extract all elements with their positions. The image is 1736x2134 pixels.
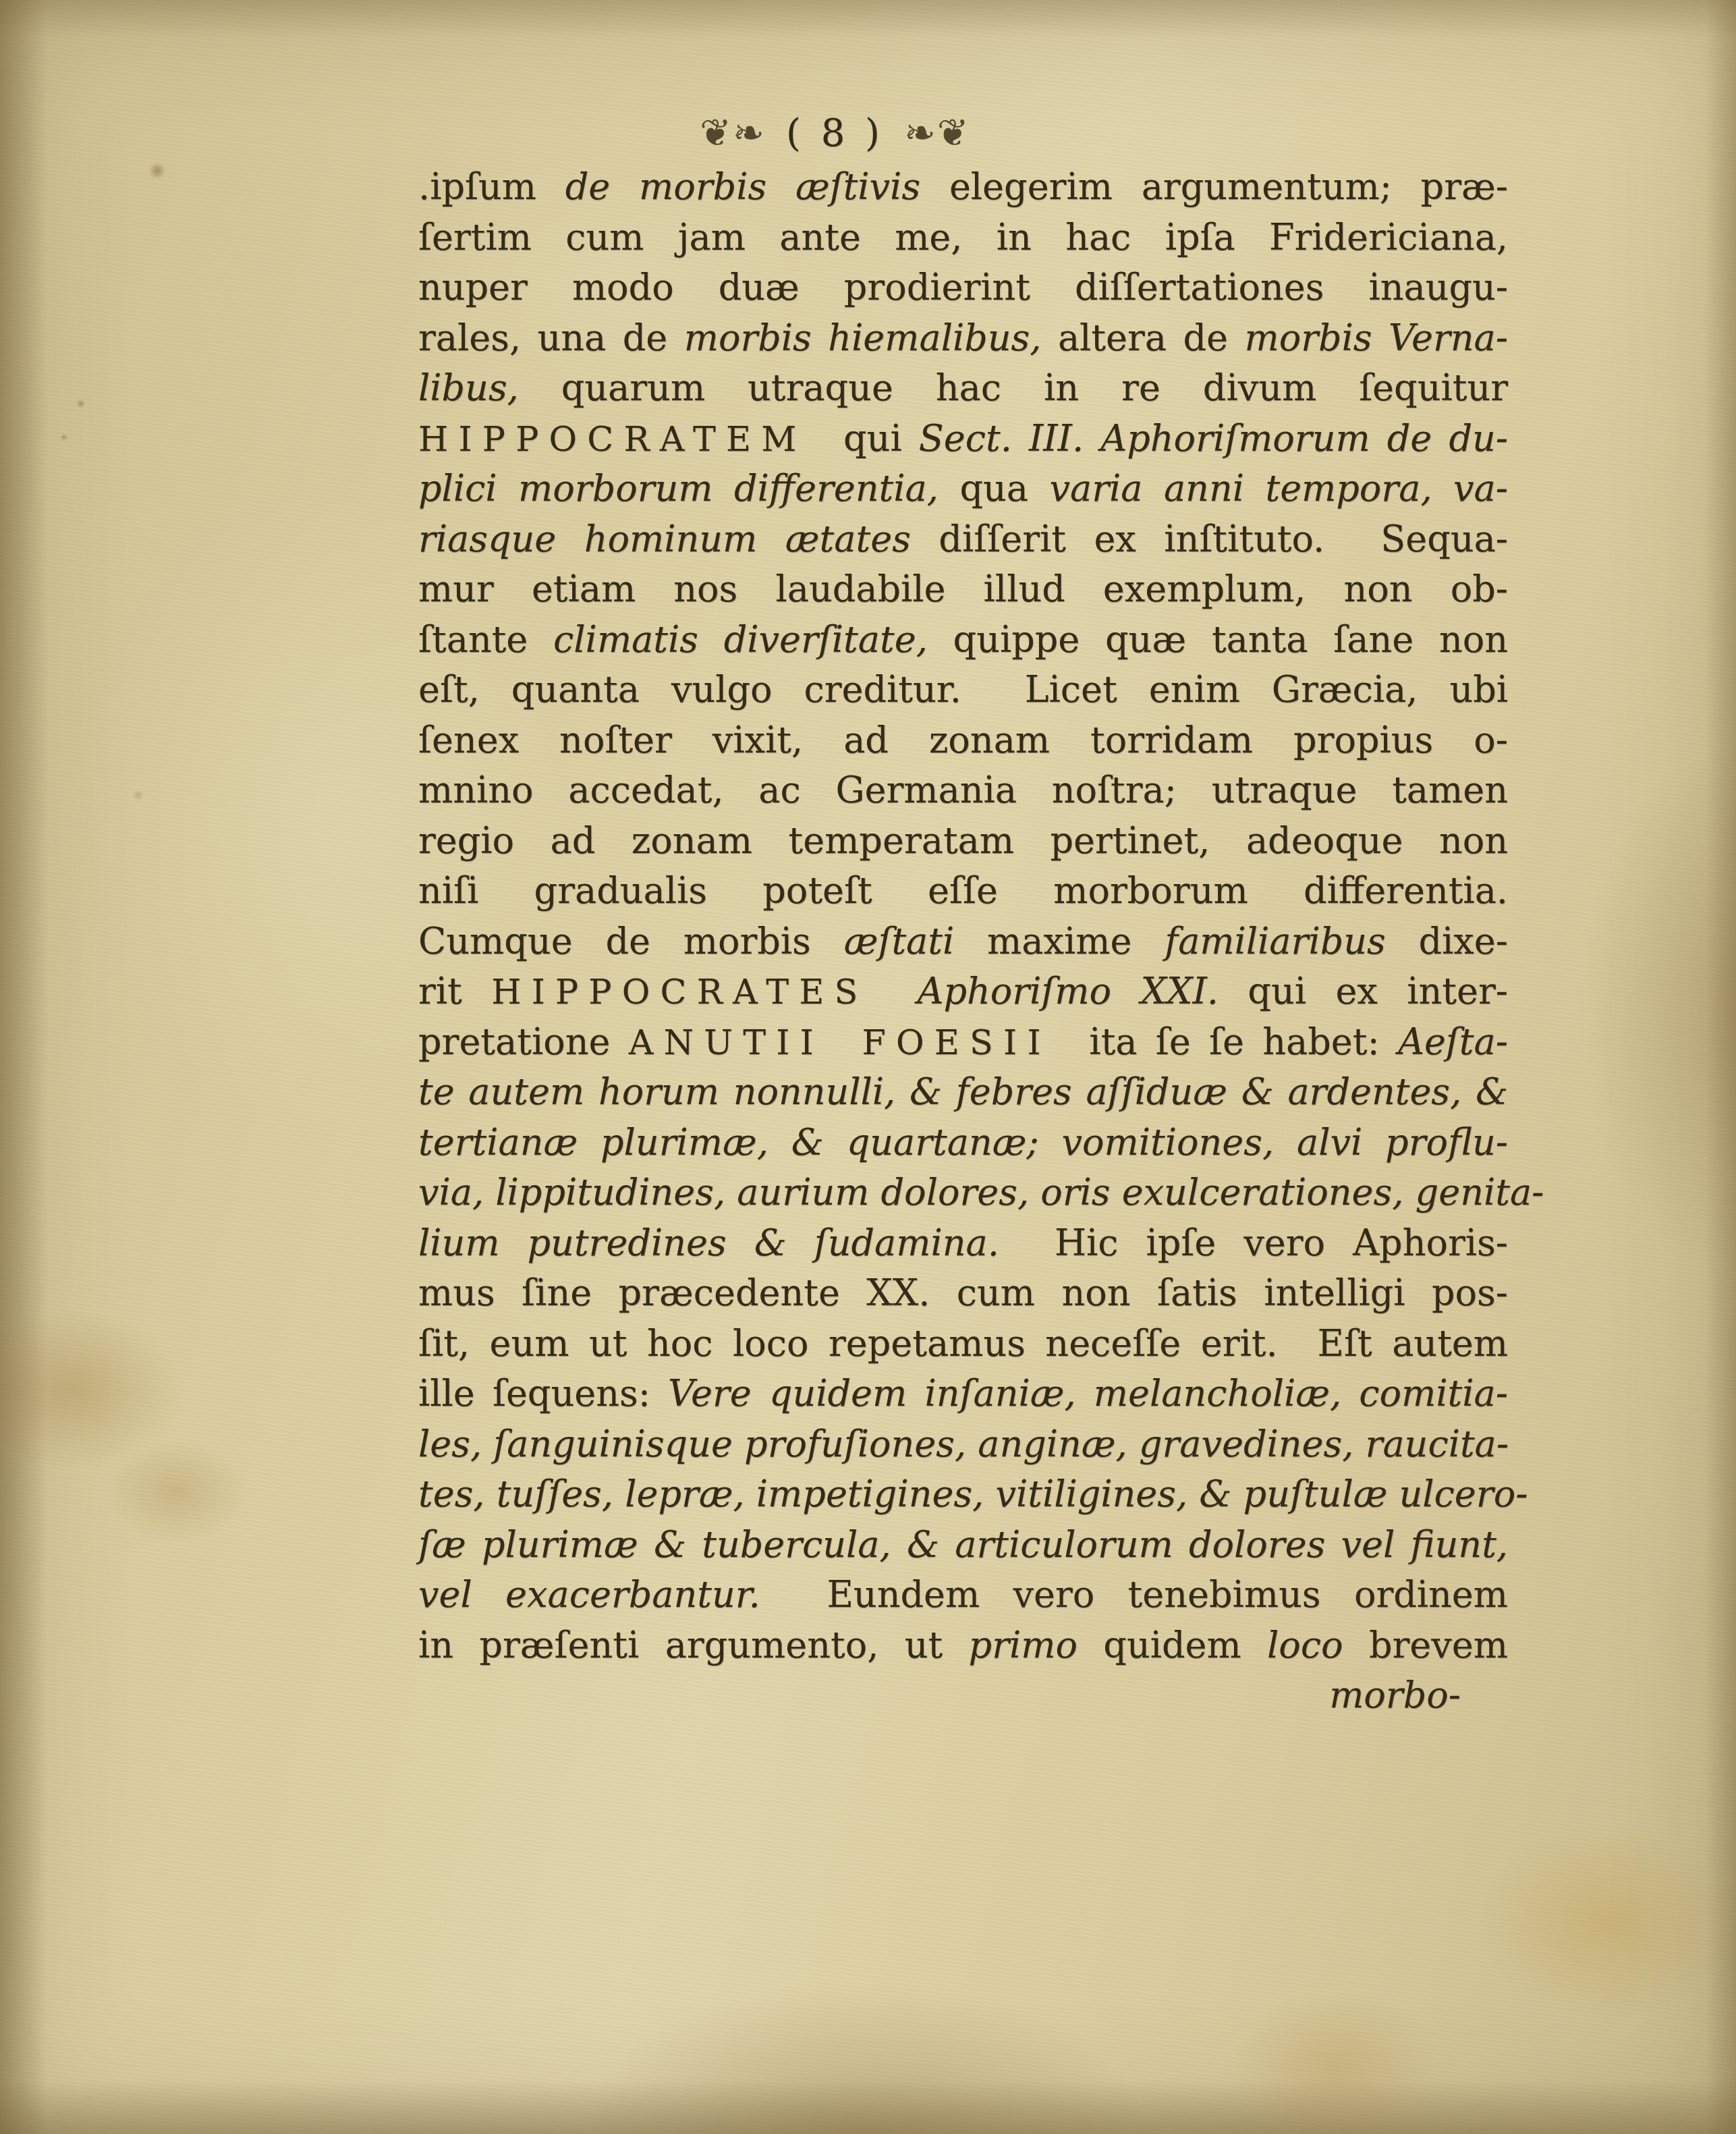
text-segment: libus, — [418, 366, 561, 409]
text-segment: tes, tuſſes, lepræ, impetigines, vitilig… — [418, 1473, 1528, 1515]
text-segment: tertianæ plurimæ, & quartanæ; vomitiones… — [418, 1121, 1508, 1164]
text-segment: maxime — [987, 920, 1165, 962]
text-segment: ſæ plurimæ & tubercula, & articulorum do… — [418, 1523, 1508, 1566]
text-segment: qua — [959, 467, 1049, 510]
text-segment: familiaribus — [1165, 920, 1418, 962]
text-segment: mus ſine præcedente XX. cum non ſatis in… — [418, 1271, 1508, 1314]
text-segment: les, ſanguinisque profuſiones, anginæ, g… — [418, 1423, 1509, 1465]
text-segment: Cumque de morbis — [418, 920, 844, 962]
text-segment: Aphoriſmo XXI. — [917, 970, 1248, 1012]
text-segment: lium putredines & ſudamina. — [418, 1222, 1055, 1264]
text-line: riasque hominum ætates diſſerit ex inſti… — [418, 514, 1508, 565]
text-segment: primo — [969, 1624, 1104, 1666]
text-segment: ille ſequens: — [418, 1372, 668, 1415]
text-segment: qui ex inter- — [1248, 970, 1508, 1012]
fleuron-icon: ❦❧ — [700, 111, 766, 155]
text-segment: loco — [1267, 1624, 1369, 1666]
book-page: ❦❧ ( 8 ) ❧❦ .ipſum de morbis æſtivis ele… — [0, 0, 1736, 2134]
text-line: rit HIPPOCRATES Aphoriſmo XXI. qui ex in… — [418, 966, 1508, 1017]
text-line: ſenex noſter vixit, ad zonam torridam pr… — [418, 715, 1508, 766]
text-segment: rales, una de — [418, 317, 684, 359]
text-segment: Vere quidem inſaniæ, melancholiæ, comiti… — [668, 1372, 1508, 1415]
text-line: mus ſine præcedente XX. cum non ſatis in… — [418, 1268, 1508, 1319]
text-line: libus, quarum utraque hac in re divum ſe… — [418, 363, 1508, 414]
text-segment: ſertim cum jam ante me, in hac ipſa Frid… — [418, 216, 1508, 258]
text-segment: mur etiam nos laudabile illud exemplum, … — [418, 568, 1508, 610]
text-segment: altera de — [1058, 317, 1245, 359]
text-line: plici morborum differentia, qua varia an… — [418, 464, 1508, 514]
text-line: ſertim cum jam ante me, in hac ipſa Frid… — [418, 213, 1508, 263]
text-line: HIPPOCRATEM qui Sect. III. Aphoriſmorum … — [418, 414, 1508, 464]
text-line: les, ſanguinisque profuſiones, anginæ, g… — [418, 1419, 1508, 1470]
text-segment: rit — [418, 970, 491, 1012]
text-segment: regio ad zonam temperatam pertinet, adeo… — [418, 819, 1508, 862]
text-segment: varia anni tempora, va- — [1049, 467, 1508, 510]
text-line: ſit, eum ut hoc loco repetamus neceſſe e… — [418, 1319, 1508, 1369]
text-line: regio ad zonam temperatam pertinet, adeo… — [418, 816, 1508, 867]
text-line: rales, una de morbis hiemalibus, altera … — [418, 313, 1508, 364]
text-segment: te autem horum nonnulli, & febres aſſidu… — [418, 1070, 1508, 1113]
text-segment: quarum utraque hac in re divum ſequitur — [561, 366, 1508, 409]
text-line: via, lippitudines, aurium dolores, oris … — [418, 1168, 1508, 1218]
page-number: ( 8 ) — [786, 111, 884, 155]
text-segment: quidem — [1103, 1624, 1267, 1666]
text-segment: diſſerit ex inſtituto. Sequa- — [939, 518, 1508, 560]
text-segment: via, lippitudines, aurium dolores, oris … — [418, 1171, 1544, 1213]
text-segment: morbis Verna- — [1244, 317, 1508, 359]
text-line: eſt, quanta vulgo creditur. Licet enim G… — [418, 665, 1508, 715]
text-line: mur etiam nos laudabile illud exemplum, … — [418, 564, 1508, 615]
text-segment: qui — [843, 417, 919, 460]
text-segment: HIPPOCRATEM — [418, 419, 843, 459]
text-line: Cumque de morbis æſtati maxime familiari… — [418, 916, 1508, 967]
text-segment: nuper modo duæ prodierint diſſertationes… — [418, 266, 1508, 308]
text-segment: Sect. III. Aphoriſmorum de du- — [919, 417, 1508, 460]
text-segment: æſtati — [844, 920, 987, 962]
fleuron-icon: ❧❦ — [904, 111, 970, 155]
text-line: tertianæ plurimæ, & quartanæ; vomitiones… — [418, 1118, 1508, 1168]
text-line: in præſenti argumento, ut primo quidem l… — [418, 1620, 1508, 1671]
text-segment: quippe quæ tanta ſane non — [953, 618, 1508, 661]
text-line: ille ſequens: Vere quidem inſaniæ, melan… — [418, 1369, 1508, 1419]
text-segment: Hic ipſe vero Aphoris- — [1055, 1222, 1508, 1264]
text-segment: ANUTII FOESII — [629, 1022, 1090, 1062]
text-segment: mnino accedat, ac Germania noſtra; utraq… — [418, 769, 1508, 811]
text-segment: ſit, eum ut hoc loco repetamus neceſſe e… — [418, 1322, 1508, 1365]
text-segment: ita ſe ſe habet: — [1089, 1020, 1398, 1063]
text-segment: plici morborum differentia, — [418, 467, 959, 510]
text-segment: ſtante — [418, 618, 553, 661]
text-segment: .ipſum — [418, 165, 565, 208]
text-line: te autem horum nonnulli, & febres aſſidu… — [418, 1067, 1508, 1118]
text-segment: vel exacerbantur. — [418, 1573, 827, 1616]
text-line: pretatione ANUTII FOESII ita ſe ſe habet… — [418, 1017, 1508, 1068]
text-segment: niſi gradualis poteſt eſſe morborum diff… — [418, 869, 1508, 912]
text-line: vel exacerbantur. Eundem vero tenebimus … — [418, 1570, 1508, 1620]
text-line: mnino accedat, ac Germania noſtra; utraq… — [418, 765, 1508, 816]
page-header: ❦❧ ( 8 ) ❧❦ — [290, 101, 1380, 165]
text-segment: dixe- — [1419, 920, 1509, 962]
text-segment: ſenex noſter vixit, ad zonam torridam pr… — [418, 719, 1508, 761]
text-line: nuper modo duæ prodierint diſſertationes… — [418, 263, 1508, 313]
text-block: .ipſum de morbis æſtivis elegerim argume… — [418, 162, 1508, 1721]
text-line: .ipſum de morbis æſtivis elegerim argume… — [418, 162, 1508, 213]
text-segment: riasque hominum ætates — [418, 518, 939, 560]
text-line: niſi gradualis poteſt eſſe morborum diff… — [418, 866, 1508, 916]
text-segment: elegerim argumentum; præ- — [949, 165, 1508, 208]
text-segment: climatis diverſitate, — [553, 618, 953, 661]
text-line: lium putredines & ſudamina. Hic ipſe ver… — [418, 1218, 1508, 1269]
text-segment: morbis hiemalibus, — [684, 317, 1058, 359]
text-line: tes, tuſſes, lepræ, impetigines, vitilig… — [418, 1469, 1508, 1520]
text-segment: pretatione — [418, 1020, 629, 1063]
text-segment: eſt, quanta vulgo creditur. Licet enim G… — [418, 668, 1508, 711]
text-segment: Aeſta- — [1398, 1020, 1508, 1063]
text-segment: in præſenti argumento, ut — [418, 1624, 969, 1666]
text-segment: morbo- — [1329, 1674, 1461, 1716]
text-line: ſæ plurimæ & tubercula, & articulorum do… — [418, 1520, 1508, 1570]
text-segment: HIPPOCRATES — [491, 972, 917, 1012]
text-segment: brevem — [1369, 1624, 1508, 1666]
text-line: morbo- — [418, 1670, 1508, 1721]
text-line: ſtante climatis diverſitate, quippe quæ … — [418, 615, 1508, 665]
text-segment: Eundem vero tenebimus ordinem — [827, 1573, 1508, 1616]
text-segment: de morbis æſtivis — [565, 165, 949, 208]
